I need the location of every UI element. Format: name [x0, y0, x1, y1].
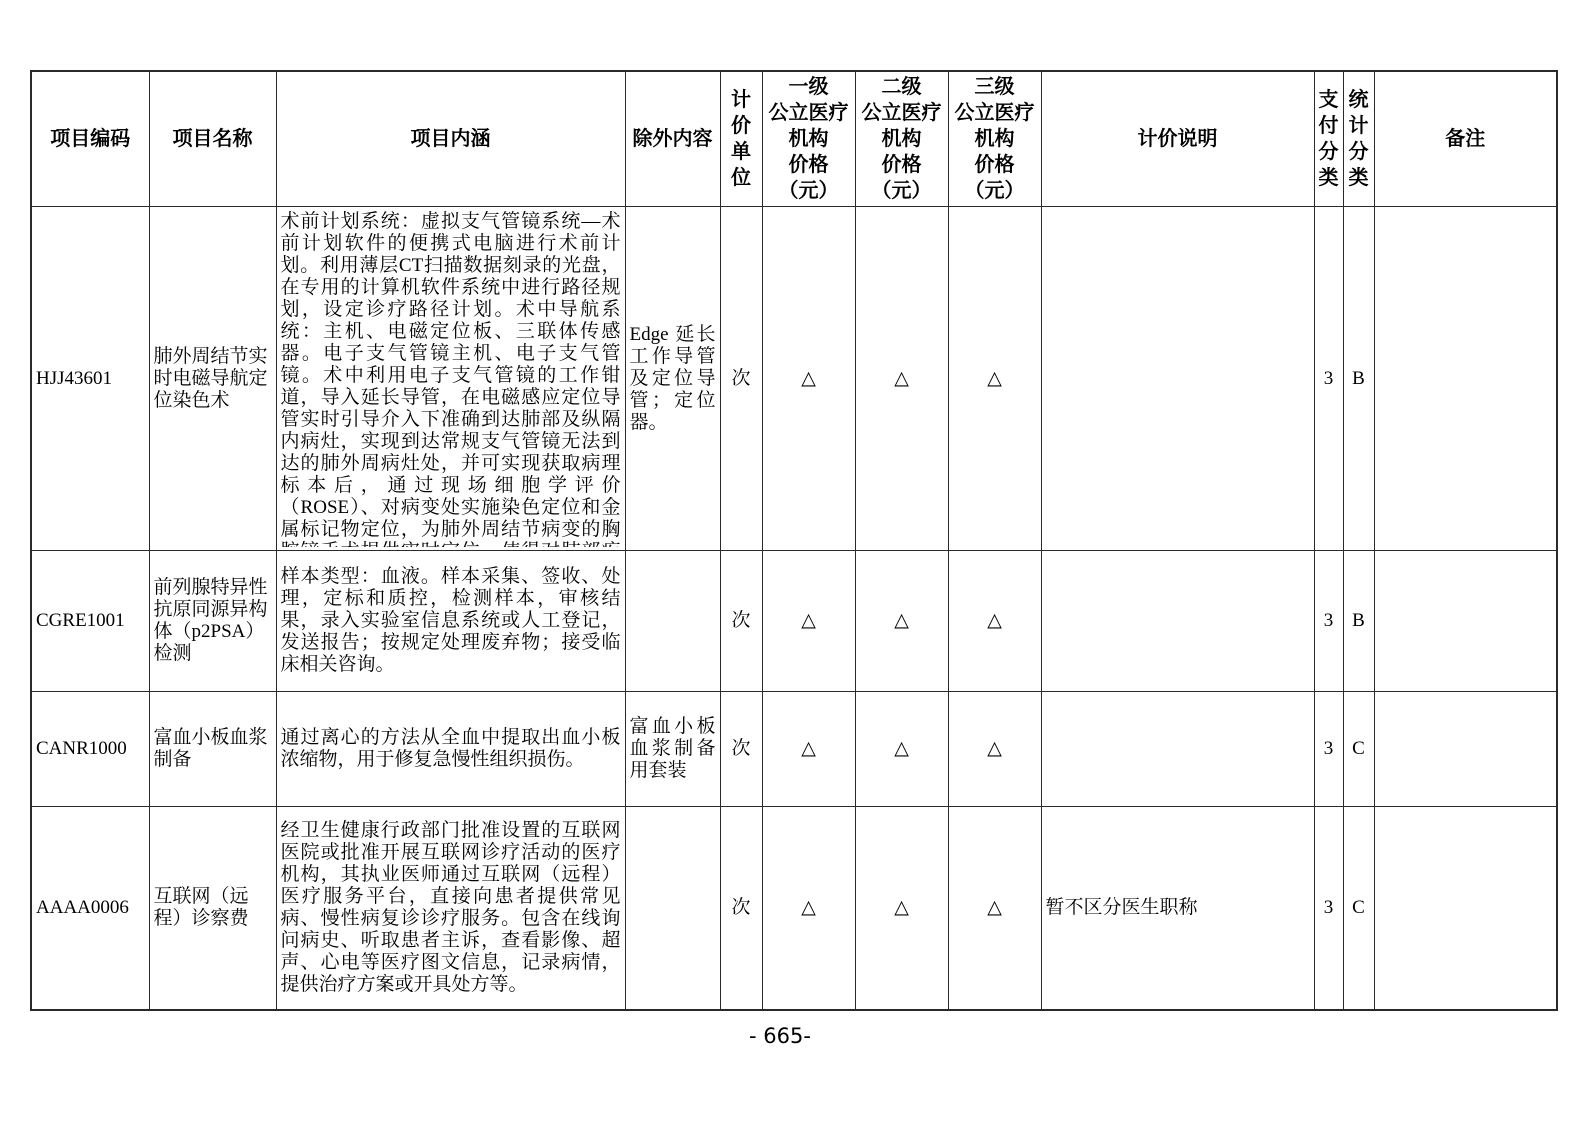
cell-level1-price: △ [762, 207, 855, 551]
cell-pricing-unit: 次 [720, 807, 762, 1010]
col-header-pricing-note: 计价说明 [1041, 71, 1314, 207]
cell-item-name: 前列腺特异性抗原同源异构体（p2PSA）检测 [149, 551, 276, 692]
cell-remark [1374, 207, 1557, 551]
cell-level2-price: △ [855, 807, 948, 1010]
table-header-row: 项目编码 项目名称 项目内涵 除外内容 计 价 单 位 一级 公立医疗 机构 价… [31, 71, 1557, 207]
cell-level3-price: △ [948, 807, 1041, 1010]
cell-excluded-content [625, 807, 720, 1010]
cell-pricing-unit: 次 [720, 692, 762, 807]
cell-remark [1374, 551, 1557, 692]
medical-service-pricing-table: 项目编码 项目名称 项目内涵 除外内容 计 价 单 位 一级 公立医疗 机构 价… [30, 70, 1558, 1011]
table-row: CGRE1001 前列腺特异性抗原同源异构体（p2PSA）检测 样本类型：血液。… [31, 551, 1557, 692]
cell-level1-price: △ [762, 551, 855, 692]
col-header-item-content: 项目内涵 [276, 71, 625, 207]
cell-level3-price: △ [948, 207, 1041, 551]
cell-remark [1374, 807, 1557, 1010]
cell-level2-price: △ [855, 207, 948, 551]
cell-pricing-note [1041, 692, 1314, 807]
cell-stat-class: B [1343, 551, 1374, 692]
cell-pricing-unit: 次 [720, 207, 762, 551]
cell-pricing-note [1041, 207, 1314, 551]
table-row: HJJ43601 肺外周结节实时电磁导航定位染色术 术前计划系统：虚拟支气管镜系… [31, 207, 1557, 551]
cell-pricing-note: 暂不区分医生职称 [1041, 807, 1314, 1010]
cell-excluded-content [625, 551, 720, 692]
cell-item-content: 样本类型：血液。样本采集、签收、处理，定标和质控，检测样本，审核结果，录入实验室… [276, 551, 625, 692]
col-header-item-code: 项目编码 [31, 71, 149, 207]
item-content-text: 术前计划系统：虚拟支气管镜系统—术前计划软件的便携式电脑进行术前计划。利用薄层C… [281, 211, 621, 547]
col-header-item-name: 项目名称 [149, 71, 276, 207]
cell-item-content: 经卫生健康行政部门批准设置的互联网医院或批准开展互联网诊疗活动的医疗机构，其执业… [276, 807, 625, 1010]
col-header-level1-price: 一级 公立医疗 机构 价格 （元） [762, 71, 855, 207]
page-number: - 665- [0, 1024, 1560, 1048]
cell-excluded-content: 富血小板血浆制备用套装 [625, 692, 720, 807]
table-row: AAAA0006 互联网（远程）诊察费 经卫生健康行政部门批准设置的互联网医院或… [31, 807, 1557, 1010]
cell-pay-class: 3 [1314, 692, 1343, 807]
cell-pricing-unit: 次 [720, 551, 762, 692]
cell-item-code: HJJ43601 [31, 207, 149, 551]
cell-level2-price: △ [855, 692, 948, 807]
col-header-excluded-content: 除外内容 [625, 71, 720, 207]
cell-item-code: CGRE1001 [31, 551, 149, 692]
cell-item-content: 术前计划系统：虚拟支气管镜系统—术前计划软件的便携式电脑进行术前计划。利用薄层C… [276, 207, 625, 551]
table-row: CANR1000 富血小板血浆制备 通过离心的方法从全血中提取出血小板浓缩物，用… [31, 692, 1557, 807]
cell-level1-price: △ [762, 807, 855, 1010]
document-page: 项目编码 项目名称 项目内涵 除外内容 计 价 单 位 一级 公立医疗 机构 价… [0, 0, 1587, 1122]
col-header-level2-price: 二级 公立医疗 机构 价格 （元） [855, 71, 948, 207]
col-header-level3-price: 三级 公立医疗 机构 价格 （元） [948, 71, 1041, 207]
cell-stat-class: C [1343, 807, 1374, 1010]
cell-pay-class: 3 [1314, 551, 1343, 692]
cell-level3-price: △ [948, 692, 1041, 807]
col-header-stat-class: 统 计 分 类 [1343, 71, 1374, 207]
cell-stat-class: C [1343, 692, 1374, 807]
cell-item-code: CANR1000 [31, 692, 149, 807]
cell-excluded-content: Edge 延长工作导管及定位导管；定位器。 [625, 207, 720, 551]
cell-item-name: 肺外周结节实时电磁导航定位染色术 [149, 207, 276, 551]
cell-item-name: 富血小板血浆制备 [149, 692, 276, 807]
cell-item-code: AAAA0006 [31, 807, 149, 1010]
cell-level3-price: △ [948, 551, 1041, 692]
cell-item-content: 通过离心的方法从全血中提取出血小板浓缩物，用于修复急慢性组织损伤。 [276, 692, 625, 807]
cell-pay-class: 3 [1314, 807, 1343, 1010]
cell-level2-price: △ [855, 551, 948, 692]
col-header-remark: 备注 [1374, 71, 1557, 207]
col-header-pricing-unit: 计 价 单 位 [720, 71, 762, 207]
cell-stat-class: B [1343, 207, 1374, 551]
cell-pricing-note [1041, 551, 1314, 692]
cell-remark [1374, 692, 1557, 807]
col-header-pay-class: 支 付 分 类 [1314, 71, 1343, 207]
cell-pay-class: 3 [1314, 207, 1343, 551]
cell-level1-price: △ [762, 692, 855, 807]
cell-item-name: 互联网（远程）诊察费 [149, 807, 276, 1010]
